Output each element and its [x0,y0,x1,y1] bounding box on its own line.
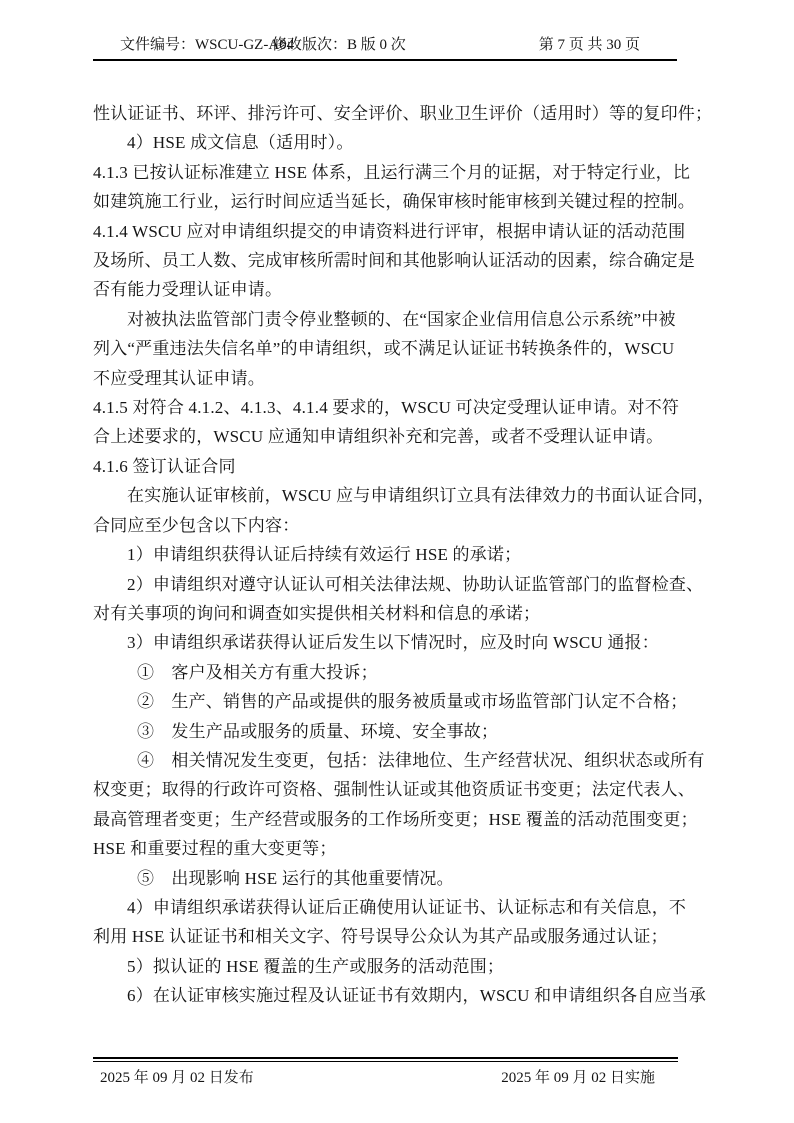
body-line: 性认证证书、环评、排污许可、安全评价、职业卫生评价（适用时）等的复印件； [93,99,705,128]
body-line: 4）HSE 成文信息（适用时）。 [93,128,705,157]
page-footer: 2025 年 09 月 02 日发布 2025 年 09 月 02 日实施 [93,1066,678,1090]
body-line: 合上述要求的，WSCU 应通知申请组织补充和完善，或者不受理认证申请。 [93,422,705,451]
document-page: 文件编号：WSCU-GZ-A04 修改版次：B 版 0 次 第 7 页 共 30… [0,0,794,1123]
footer-rule [93,1057,678,1062]
body-line: 合同应至少包含以下内容： [93,511,705,540]
body-line: 不应受理其认证申请。 [93,364,705,393]
body-line: ① 客户及相关方有重大投诉； [93,658,705,687]
body-line: 4.1.5 对符合 4.1.2、4.1.3、4.1.4 要求的，WSCU 可决定… [93,393,705,422]
body-line: 4.1.4 WSCU 应对申请组织提交的申请资料进行评审，根据申请认证的活动范围 [93,217,705,246]
body-line: 列入“严重违法失信名单”的申请组织，或不满足认证证书转换条件的，WSCU [93,334,705,363]
body-line: 3）申请组织承诺获得认证后发生以下情况时，应及时向 WSCU 通报： [93,628,705,657]
body-line: 对被执法监管部门责令停业整顿的、在“国家企业信用信息公示系统”中被 [93,305,705,334]
body-line: 对有关事项的询问和调查如实提供相关材料和信息的承诺； [93,599,705,628]
revision-label: 修改版次：B 版 0 次 [272,33,406,57]
body-line: 及场所、员工人数、完成审核所需时间和其他影响认证活动的因素，综合确定是 [93,246,705,275]
implement-date: 2025 年 09 月 02 日实施 [501,1066,655,1090]
body-line: ③ 发生产品或服务的质量、环境、安全事故； [93,717,705,746]
body-line: ⑤ 出现影响 HSE 运行的其他重要情况。 [93,864,705,893]
body-line: 2）申请组织对遵守认证认可相关法律法规、协助认证监管部门的监督检查、 [93,570,705,599]
body-line: 利用 HSE 认证证书和相关文字、符号误导公众认为其产品或服务通过认证； [93,922,705,951]
page-number: 第 7 页 共 30 页 [539,33,640,57]
body-line: 1）申请组织获得认证后持续有效运行 HSE 的承诺； [93,540,705,569]
body-line: 4.1.6 签订认证合同 [93,452,705,481]
release-date: 2025 年 09 月 02 日发布 [100,1066,254,1090]
body-line: 5）拟认证的 HSE 覆盖的生产或服务的活动范围； [93,952,705,981]
body-line: 如建筑施工行业，运行时间应适当延长，确保审核时能审核到关键过程的控制。 [93,187,705,216]
body-line: 6）在认证审核实施过程及认证证书有效期内，WSCU 和申请组织各自应当承 [93,981,705,1010]
body-line: HSE 和重要过程的重大变更等； [93,834,705,863]
body-line: 最高管理者变更；生产经营或服务的工作场所变更；HSE 覆盖的活动范围变更； [93,805,705,834]
body-line: ④ 相关情况发生变更，包括：法律地位、生产经营状况、组织状态或所有 [93,746,705,775]
page-header: 文件编号：WSCU-GZ-A04 修改版次：B 版 0 次 第 7 页 共 30… [93,33,677,57]
body-line: 4.1.3 已按认证标准建立 HSE 体系，且运行满三个月的证据，对于特定行业，… [93,158,705,187]
body-text: 性认证证书、环评、排污许可、安全评价、职业卫生评价（适用时）等的复印件；4）HS… [93,99,705,1011]
body-line: ② 生产、销售的产品或提供的服务被质量或市场监管部门认定不合格； [93,687,705,716]
header-rule [93,59,677,61]
body-line: 在实施认证审核前，WSCU 应与申请组织订立具有法律效力的书面认证合同， [93,481,705,510]
body-line: 否有能力受理认证申请。 [93,275,705,304]
body-line: 4）申请组织承诺获得认证后正确使用认证证书、认证标志和有关信息，不 [93,893,705,922]
doc-number: 文件编号：WSCU-GZ-A04 [120,33,294,57]
body-line: 权变更；取得的行政许可资格、强制性认证或其他资质证书变更；法定代表人、 [93,775,705,804]
